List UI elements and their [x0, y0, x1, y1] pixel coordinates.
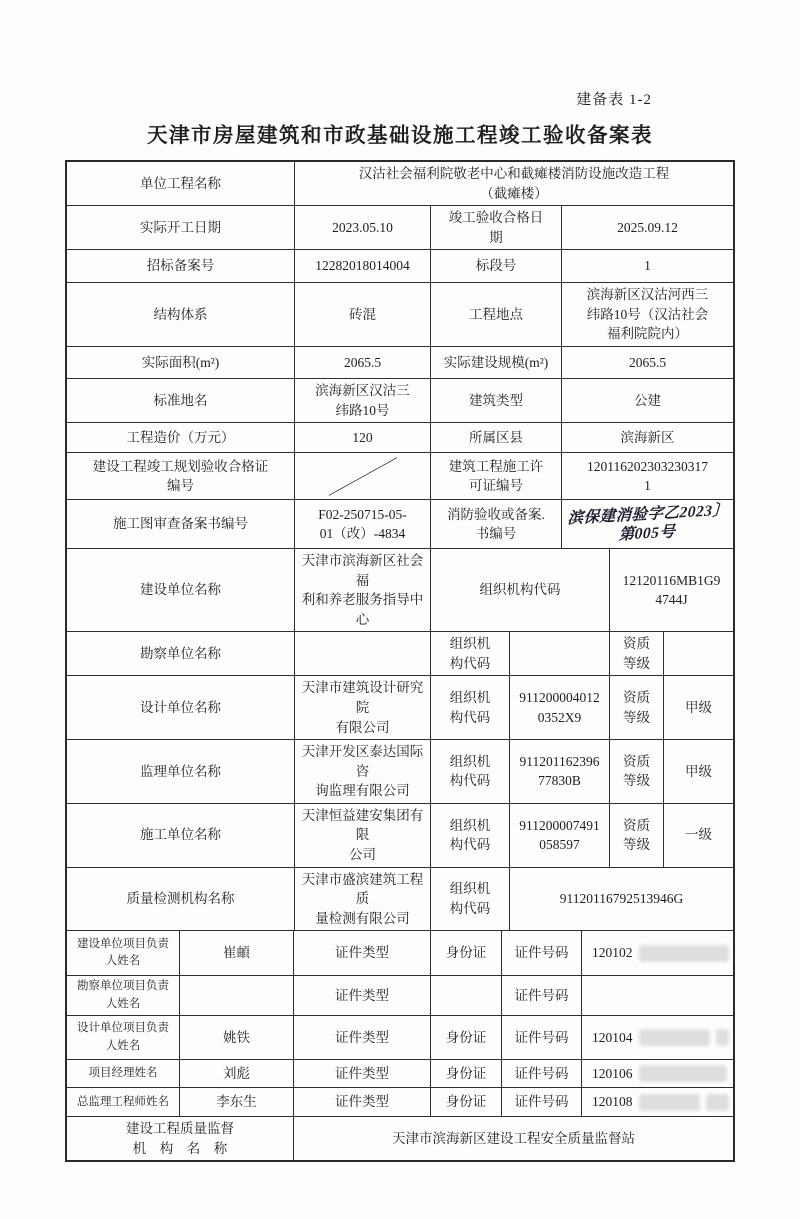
- structure-value: 砖混: [295, 283, 431, 347]
- inspection-org-label: 质量检测机构名称: [67, 868, 295, 932]
- unit-project-label: 单位工程名称: [67, 162, 295, 206]
- design-orgcode-value: 911200004012 0352X9: [510, 676, 610, 740]
- id-number-prefix: 120102: [592, 943, 633, 963]
- row-structure: 结构体系 砖混 工程地点 滨海新区汉沽河西三 纬路10号（汉沽社会 福利院院内）: [67, 283, 733, 347]
- row-unit-project: 单位工程名称 汉沽社会福利院敬老中心和截瘫楼消防设施改造工程 （截瘫楼）: [67, 162, 733, 206]
- row-builder: 建设单位名称 天津市滨海新区社会福 利和养老服务指导中心 组织机构代码 1212…: [67, 549, 733, 632]
- survey-qual-value: [664, 632, 733, 676]
- district-value: 滨海新区: [562, 423, 733, 453]
- survey-rep-name: [180, 976, 294, 1016]
- handwritten-fire-number: 滨保建消验字乙2023〕 第005号: [566, 500, 729, 547]
- supervision-unit-label: 监理单位名称: [67, 740, 295, 804]
- project-manager-idtype-label: 证件类型: [294, 1060, 431, 1088]
- survey-unit-value: [295, 632, 431, 676]
- survey-unit-label: 勘察单位名称: [67, 632, 295, 676]
- row-inspection-org: 质量检测机构名称 天津市盛滨建筑工程质 量检测有限公司 组织机 构代码 9112…: [67, 868, 733, 932]
- construction-permit-label: 建筑工程施工许 可证编号: [431, 453, 562, 500]
- row-contractor-unit: 施工单位名称 天津恒益建安集团有限 公司 组织机 构代码 91120000749…: [67, 804, 733, 868]
- row-cost: 工程造价（万元） 120 所属区县 滨海新区: [67, 423, 733, 453]
- supervision-unit-value: 天津开发区泰达国际咨 询监理有限公司: [295, 740, 431, 804]
- builder-label: 建设单位名称: [67, 549, 295, 632]
- page-title: 天津市房屋建筑和市政基础设施工程竣工验收备案表: [0, 118, 800, 148]
- redaction-blur: [639, 1065, 727, 1082]
- standard-address-value: 滨海新区汉沽三 纬路10号: [295, 379, 431, 423]
- survey-rep-idno-value: [582, 976, 733, 1016]
- row-survey-unit: 勘察单位名称 组织机 构代码 资质 等级: [67, 632, 733, 676]
- district-label: 所属区县: [431, 423, 562, 453]
- bid-section-value: 1: [562, 250, 733, 283]
- quality-supervision-label: 建设工程质量监督 机 构 名 称: [67, 1117, 294, 1160]
- building-type-label: 建筑类型: [431, 379, 562, 423]
- survey-orgcode-label: 组织机 构代码: [431, 632, 510, 676]
- location-label: 工程地点: [431, 283, 562, 347]
- project-manager-name: 刘彪: [180, 1060, 294, 1088]
- owner-rep-idtype-value: 身份证: [431, 931, 502, 976]
- contractor-orgcode-label: 组织机 构代码: [431, 804, 510, 868]
- start-date-label: 实际开工日期: [67, 206, 295, 250]
- survey-rep-idtype-label: 证件类型: [294, 976, 431, 1016]
- drawing-review-label: 施工图审查备案书编号: [67, 500, 295, 549]
- chief-engineer-idno-value: 120108: [582, 1088, 733, 1117]
- chief-engineer-name: 李东生: [180, 1088, 294, 1117]
- cost-label: 工程造价（万元）: [67, 423, 295, 453]
- project-manager-idtype-value: 身份证: [431, 1060, 502, 1088]
- fire-acceptance-value: 滨保建消验字乙2023〕 第005号: [562, 500, 733, 549]
- design-rep-idno-value: 120104: [582, 1016, 733, 1060]
- owner-rep-label: 建设单位项目负责 人姓名: [67, 931, 180, 976]
- design-orgcode-label: 组织机 构代码: [431, 676, 510, 740]
- form-code: 建备表 1-2: [0, 88, 800, 109]
- chief-engineer-idno-label: 证件号码: [502, 1088, 582, 1117]
- design-rep-name: 姚铁: [180, 1016, 294, 1060]
- design-qual-label: 资质 等级: [610, 676, 664, 740]
- owner-rep-idno-value: 120102: [582, 931, 733, 976]
- design-rep-idtype-value: 身份证: [431, 1016, 502, 1060]
- row-drawing-fire: 施工图审查备案书编号 F02-250715-05- 01（改）-4834 消防验…: [67, 500, 733, 549]
- bid-record-label: 招标备案号: [67, 250, 295, 283]
- owner-rep-idno-label: 证件号码: [502, 931, 582, 976]
- redaction-blur: [716, 1029, 729, 1046]
- contractor-unit-label: 施工单位名称: [67, 804, 295, 868]
- structure-label: 结构体系: [67, 283, 295, 347]
- supervision-qual-value: 甲级: [664, 740, 733, 804]
- redaction-blur: [639, 1094, 701, 1111]
- cost-value: 120: [295, 423, 431, 453]
- design-rep-label: 设计单位项目负责 人姓名: [67, 1016, 180, 1060]
- survey-qual-label: 资质 等级: [610, 632, 664, 676]
- planning-cert-label: 建设工程竣工规划验收合格证 编号: [67, 453, 295, 500]
- owner-rep-name: 崔頔: [180, 931, 294, 976]
- unit-project-value: 汉沽社会福利院敬老中心和截瘫楼消防设施改造工程 （截瘫楼）: [295, 162, 733, 206]
- redaction-blur: [706, 1094, 729, 1111]
- builder-orgcode-label: 组织机构代码: [431, 549, 610, 632]
- scale-value: 2065.5: [562, 347, 733, 379]
- project-manager-label: 项目经理姓名: [67, 1060, 180, 1088]
- supervision-orgcode-value: 911201162396 77830B: [510, 740, 610, 804]
- accept-date-value: 2025.09.12: [562, 206, 733, 250]
- redaction-blur: [639, 1029, 711, 1046]
- contractor-qual-label: 资质 等级: [610, 804, 664, 868]
- quality-supervision-value: 天津市滨海新区建设工程安全质量监督站: [294, 1117, 733, 1160]
- row-address: 标准地名 滨海新区汉沽三 纬路10号 建筑类型 公建: [67, 379, 733, 423]
- location-value: 滨海新区汉沽河西三 纬路10号（汉沽社会 福利院院内）: [562, 283, 733, 347]
- builder-value: 天津市滨海新区社会福 利和养老服务指导中心: [295, 549, 431, 632]
- project-manager-idno-value: 120106: [582, 1060, 733, 1088]
- drawing-review-value: F02-250715-05- 01（改）-4834: [295, 500, 431, 549]
- row-project-manager: 项目经理姓名 刘彪 证件类型 身份证 证件号码 120106: [67, 1060, 733, 1088]
- scale-label: 实际建设规模(m²): [431, 347, 562, 379]
- design-unit-value: 天津市建筑设计研究院 有限公司: [295, 676, 431, 740]
- bid-record-value: 12282018014004: [295, 250, 431, 283]
- bid-section-label: 标段号: [431, 250, 562, 283]
- row-dates: 实际开工日期 2023.05.10 竣工验收合格日 期 2025.09.12: [67, 206, 733, 250]
- row-design-unit: 设计单位名称 天津市建筑设计研究院 有限公司 组织机 构代码 911200004…: [67, 676, 733, 740]
- filing-form-table: 单位工程名称 汉沽社会福利院敬老中心和截瘫楼消防设施改造工程 （截瘫楼） 实际开…: [65, 160, 735, 1162]
- construction-permit-value: 120116202303230317 1: [562, 453, 733, 500]
- survey-rep-label: 勘察单位项目负责 人姓名: [67, 976, 180, 1016]
- design-qual-value: 甲级: [664, 676, 733, 740]
- survey-rep-idno-label: 证件号码: [502, 976, 582, 1016]
- chief-engineer-idtype-value: 身份证: [431, 1088, 502, 1117]
- owner-rep-idtype-label: 证件类型: [294, 931, 431, 976]
- redaction-blur: [639, 945, 730, 962]
- design-rep-idtype-label: 证件类型: [294, 1016, 431, 1060]
- survey-rep-idtype-value: [431, 976, 502, 1016]
- inspection-orgcode-label: 组织机 构代码: [431, 868, 510, 932]
- contractor-qual-value: 一级: [664, 804, 733, 868]
- row-quality-supervision: 建设工程质量监督 机 构 名 称 天津市滨海新区建设工程安全质量监督站: [67, 1117, 733, 1160]
- start-date-value: 2023.05.10: [295, 206, 431, 250]
- inspection-org-value: 天津市盛滨建筑工程质 量检测有限公司: [295, 868, 431, 932]
- id-number-prefix: 120106: [592, 1064, 633, 1084]
- area-label: 实际面积(m²): [67, 347, 295, 379]
- design-unit-label: 设计单位名称: [67, 676, 295, 740]
- building-type-value: 公建: [562, 379, 733, 423]
- supervision-qual-label: 资质 等级: [610, 740, 664, 804]
- row-survey-rep: 勘察单位项目负责 人姓名 证件类型 证件号码: [67, 976, 733, 1016]
- row-chief-engineer: 总监理工程师姓名 李东生 证件类型 身份证 证件号码 120108: [67, 1088, 733, 1117]
- chief-engineer-label: 总监理工程师姓名: [67, 1088, 180, 1117]
- design-rep-idno-label: 证件号码: [502, 1016, 582, 1060]
- fire-acceptance-label: 消防验收或备案. 书编号: [431, 500, 562, 549]
- contractor-unit-value: 天津恒益建安集团有限 公司: [295, 804, 431, 868]
- row-owner-rep: 建设单位项目负责 人姓名 崔頔 证件类型 身份证 证件号码 120102: [67, 931, 733, 976]
- id-number-prefix: 120108: [592, 1092, 633, 1112]
- row-bid: 招标备案号 12282018014004 标段号 1: [67, 250, 733, 283]
- row-planning-permit: 建设工程竣工规划验收合格证 编号 建筑工程施工许 可证编号 1201162023…: [67, 453, 733, 500]
- standard-address-label: 标准地名: [67, 379, 295, 423]
- planning-cert-value: [295, 453, 431, 500]
- chief-engineer-idtype-label: 证件类型: [294, 1088, 431, 1117]
- contractor-orgcode-value: 911200007491 058597: [510, 804, 610, 868]
- row-design-rep: 设计单位项目负责 人姓名 姚铁 证件类型 身份证 证件号码 120104: [67, 1016, 733, 1060]
- builder-orgcode-value: 12120116MB1G9 4744J: [610, 549, 733, 632]
- area-value: 2065.5: [295, 347, 431, 379]
- inspection-orgcode-value: 91120116792513946G: [510, 868, 733, 932]
- supervision-orgcode-label: 组织机 构代码: [431, 740, 510, 804]
- handwritten-slash: [328, 457, 397, 496]
- row-supervision-unit: 监理单位名称 天津开发区泰达国际咨 询监理有限公司 组织机 构代码 911201…: [67, 740, 733, 804]
- survey-orgcode-value: [510, 632, 610, 676]
- project-manager-idno-label: 证件号码: [502, 1060, 582, 1088]
- row-area: 实际面积(m²) 2065.5 实际建设规模(m²) 2065.5: [67, 347, 733, 379]
- accept-date-label: 竣工验收合格日 期: [431, 206, 562, 250]
- id-number-prefix: 120104: [592, 1028, 633, 1048]
